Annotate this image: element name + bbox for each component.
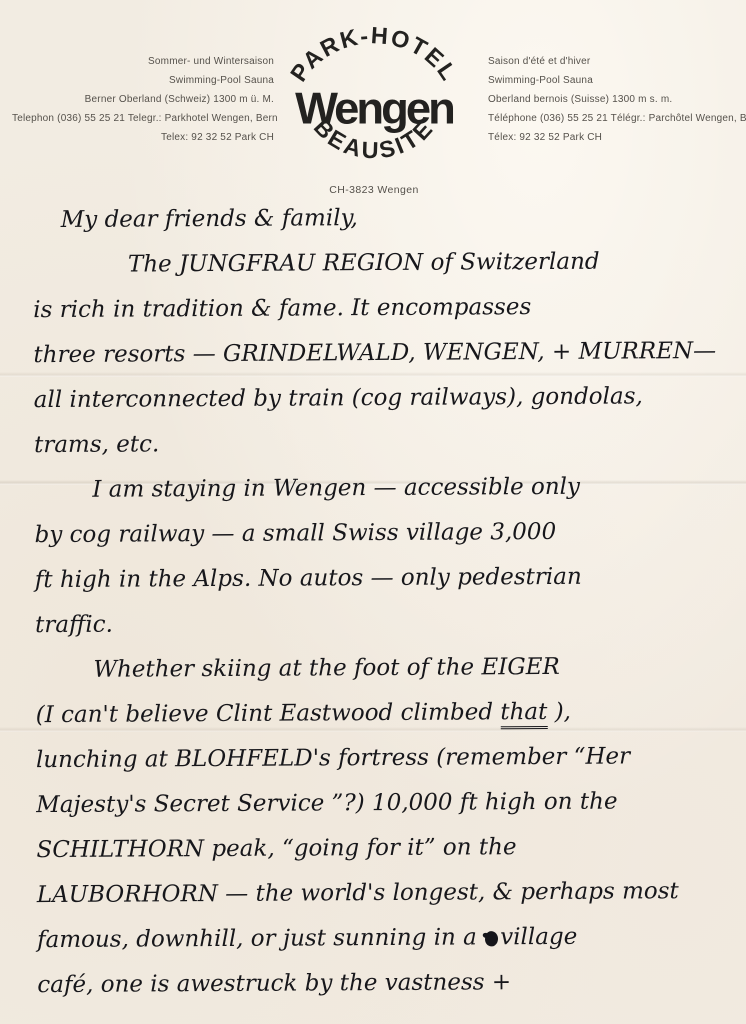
letterhead-french-block: Saison d'été et d'hiver Swimming-Pool Sa… <box>474 52 746 196</box>
letterhead-fr-line: Télex: 92 32 52 Park CH <box>488 128 746 147</box>
letter-line: (I can't believe Clint Eastwood climbed … <box>36 689 731 738</box>
letter-line: three resorts — GRINDELWALD, WENGEN, + M… <box>33 329 728 378</box>
letterhead-de-line: Telephon (036) 55 25 21 Telegr.: Parkhot… <box>12 109 274 128</box>
letter-line-text: (I can't believe Clint Eastwood climbed <box>36 699 501 728</box>
hotel-postal-address: CH-3823 Wengen <box>329 184 418 196</box>
letterhead-fr-line: Oberland bernois (Suisse) 1300 m s. m. <box>488 90 746 109</box>
letter-line-text: village <box>500 924 577 950</box>
hotel-logo-emblem: PARK-HOTEL Wengen BEAUSITE <box>276 22 472 174</box>
handwritten-letter: My dear friends & family, The JUNGFRAU R… <box>33 194 733 1008</box>
letterhead-de-line: Telex: 92 32 52 Park CH <box>12 128 274 147</box>
ink-blot <box>484 930 500 948</box>
letter-line-text: famous, downhill, or just sunning in a <box>37 924 484 953</box>
letter-line: all interconnected by train (cog railway… <box>34 374 729 423</box>
svg-text:PARK-HOTEL: PARK-HOTEL <box>285 22 463 86</box>
hotel-logo: PARK-HOTEL Wengen BEAUSITE CH-3823 Wenge… <box>274 22 474 196</box>
letter-page: Sommer- und Wintersaison Swimming-Pool S… <box>0 0 746 1024</box>
letter-line: Whether skiing at the foot of the EIGER <box>35 644 730 693</box>
letter-line: SCHILTHORN peak, “going for it” on the <box>36 824 731 873</box>
letterhead-de-line: Berner Oberland (Schweiz) 1300 m ü. M. <box>12 90 274 109</box>
letter-line: café, one is awestruck by the vastness + <box>37 959 732 1008</box>
letter-line: lunching at BLOHFELD's fortress (remembe… <box>36 734 731 783</box>
letter-line: LAUBORHORN — the world's longest, & perh… <box>37 869 732 918</box>
letter-line: by cog railway — a small Swiss village 3… <box>34 509 729 558</box>
letter-line-text: ), <box>547 699 571 725</box>
letter-line: traffic. <box>35 599 730 648</box>
letter-line: is rich in tradition & fame. It encompas… <box>33 284 728 333</box>
letter-line: Majesty's Secret Service ”?) 10,000 ft h… <box>36 779 731 828</box>
letter-line: The JUNGFRAU REGION of Switzerland <box>33 239 728 288</box>
letterhead-german-block: Sommer- und Wintersaison Swimming-Pool S… <box>12 52 274 196</box>
letterhead-fr-line: Saison d'été et d'hiver <box>488 52 746 71</box>
letter-salutation: My dear friends & family, <box>33 194 728 243</box>
letterhead-fr-line: Swimming-Pool Sauna <box>488 71 746 90</box>
letterhead-de-line: Sommer- und Wintersaison <box>12 52 274 71</box>
letter-line: I am staying in Wengen — accessible only <box>34 464 729 513</box>
underlined-word: that <box>500 699 547 729</box>
logo-top-arc-text: PARK-HOTEL <box>285 22 463 86</box>
letterhead-fr-line: Téléphone (036) 55 25 21 Télégr.: Parchô… <box>488 109 746 128</box>
letter-line: ft high in the Alps. No autos — only ped… <box>35 554 730 603</box>
letter-line: trams, etc. <box>34 419 729 468</box>
letterhead-de-line: Swimming-Pool Sauna <box>12 71 274 90</box>
letter-line: famous, downhill, or just sunning in a v… <box>37 914 732 963</box>
letterhead: Sommer- und Wintersaison Swimming-Pool S… <box>0 0 746 196</box>
